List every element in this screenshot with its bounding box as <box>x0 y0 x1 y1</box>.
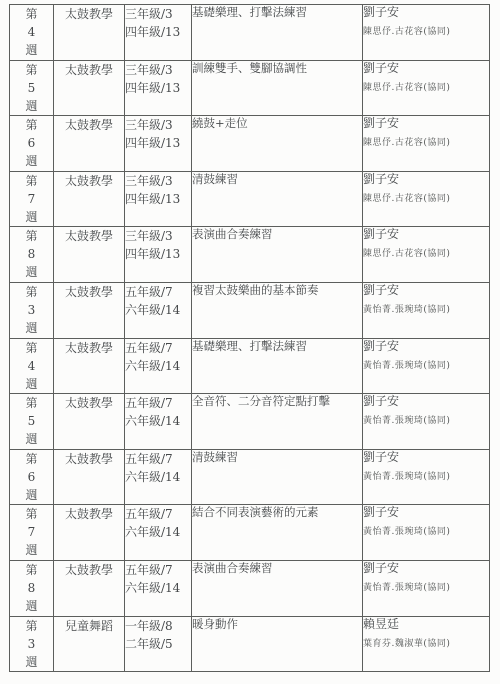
co-teachers: 陳思伃.古花容(協同) <box>363 82 489 94</box>
table-row: 第 7 週 太鼓教學 五年級/7 六年級/14 結合不同表演藝術的元素 劉子安 … <box>10 505 490 561</box>
week-number: 5 <box>10 412 53 430</box>
week-cell: 第 5 週 <box>10 394 54 450</box>
week-suffix: 週 <box>10 486 53 504</box>
week-suffix: 週 <box>10 375 53 393</box>
week-cell: 第 4 週 <box>10 338 54 394</box>
grade-line-2: 六年級/14 <box>125 301 191 319</box>
week-suffix: 週 <box>10 208 53 226</box>
activity-cell: 繞鼓+走位 <box>192 116 363 172</box>
week-number: 6 <box>10 134 53 152</box>
week-number: 7 <box>10 190 53 208</box>
week-suffix: 週 <box>10 653 53 671</box>
grades-cell: 三年級/3 四年級/13 <box>125 171 192 227</box>
week-prefix: 第 <box>10 227 53 245</box>
teachers-cell: 劉子安 黃怡菁.張琬琦(協同) <box>363 449 490 505</box>
week-suffix: 週 <box>10 152 53 170</box>
week-prefix: 第 <box>10 61 53 79</box>
co-teachers: 葉育芬.魏淑華(協同) <box>363 638 489 650</box>
teachers-cell: 劉子安 黃怡菁.張琬琦(協同) <box>363 560 490 616</box>
co-teachers: 陳思伃.古花容(協同) <box>363 248 489 260</box>
grade-line-1: 三年級/3 <box>125 116 191 134</box>
week-cell: 第 6 週 <box>10 449 54 505</box>
teachers-cell: 劉子安 黃怡菁.張琬琦(協同) <box>363 338 490 394</box>
subject-cell: 太鼓教學 <box>54 338 125 394</box>
grade-line-1: 五年級/7 <box>125 450 191 468</box>
table-row: 第 8 週 太鼓教學 三年級/3 四年級/13 表演曲合奏練習 劉子安 陳思伃.… <box>10 227 490 283</box>
week-prefix: 第 <box>10 172 53 190</box>
table-row: 第 3 週 太鼓教學 五年級/7 六年級/14 複習太鼓樂曲的基本節奏 劉子安 … <box>10 282 490 338</box>
grade-line-2: 六年級/14 <box>125 357 191 375</box>
activity-cell: 全音符、二分音符定點打擊 <box>192 394 363 450</box>
teachers-cell: 賴昱廷 葉育芬.魏淑華(協同) <box>363 616 490 672</box>
grades-cell: 五年級/7 六年級/14 <box>125 505 192 561</box>
grade-line-2: 四年級/13 <box>125 23 191 41</box>
teachers-cell: 劉子安 陳思伃.古花容(協同) <box>363 171 490 227</box>
teacher-name: 劉子安 <box>363 172 489 186</box>
week-suffix: 週 <box>10 430 53 448</box>
co-teachers: 陳思伃.古花容(協同) <box>363 137 489 149</box>
week-suffix: 週 <box>10 97 53 115</box>
week-prefix: 第 <box>10 339 53 357</box>
subject-cell: 太鼓教學 <box>54 5 125 61</box>
grade-line-1: 五年級/7 <box>125 561 191 579</box>
teacher-name: 劉子安 <box>363 283 489 297</box>
teacher-name: 劉子安 <box>363 5 489 19</box>
co-teachers: 黃怡菁.張琬琦(協同) <box>363 582 489 594</box>
week-number: 8 <box>10 579 53 597</box>
teacher-name: 賴昱廷 <box>363 617 489 631</box>
table-row: 第 5 週 太鼓教學 三年級/3 四年級/13 訓練雙手、雙腳協調性 劉子安 陳… <box>10 60 490 116</box>
table-row: 第 4 週 太鼓教學 五年級/7 六年級/14 基礎樂理、打擊法練習 劉子安 黃… <box>10 338 490 394</box>
teachers-cell: 劉子安 陳思伃.古花容(協同) <box>363 60 490 116</box>
week-cell: 第 3 週 <box>10 616 54 672</box>
teacher-name: 劉子安 <box>363 339 489 353</box>
teacher-name: 劉子安 <box>363 561 489 575</box>
table-row: 第 3 週 兒童舞蹈 一年級/8 二年級/5 暖身動作 賴昱廷 葉育芬.魏淑華(… <box>10 616 490 672</box>
week-cell: 第 3 週 <box>10 282 54 338</box>
teachers-cell: 劉子安 黃怡菁.張琬琦(協同) <box>363 394 490 450</box>
grades-cell: 五年級/7 六年級/14 <box>125 560 192 616</box>
week-number: 5 <box>10 79 53 97</box>
week-suffix: 週 <box>10 597 53 615</box>
week-prefix: 第 <box>10 561 53 579</box>
grade-line-1: 三年級/3 <box>125 172 191 190</box>
teachers-cell: 劉子安 黃怡菁.張琬琦(協同) <box>363 505 490 561</box>
co-teachers: 陳思伃.古花容(協同) <box>363 26 489 38</box>
week-number: 3 <box>10 635 53 653</box>
week-suffix: 週 <box>10 263 53 281</box>
grade-line-1: 三年級/3 <box>125 61 191 79</box>
activity-cell: 基礎樂理、打擊法練習 <box>192 338 363 394</box>
table-row: 第 7 週 太鼓教學 三年級/3 四年級/13 清鼓練習 劉子安 陳思伃.古花容… <box>10 171 490 227</box>
table-row: 第 4 週 太鼓教學 三年級/3 四年級/13 基礎樂理、打擊法練習 劉子安 陳… <box>10 5 490 61</box>
subject-cell: 太鼓教學 <box>54 116 125 172</box>
week-suffix: 週 <box>10 319 53 337</box>
week-cell: 第 5 週 <box>10 60 54 116</box>
week-suffix: 週 <box>10 41 53 59</box>
activity-cell: 訓練雙手、雙腳協調性 <box>192 60 363 116</box>
week-number: 4 <box>10 23 53 41</box>
week-prefix: 第 <box>10 283 53 301</box>
teachers-cell: 劉子安 陳思伃.古花容(協同) <box>363 227 490 283</box>
week-prefix: 第 <box>10 505 53 523</box>
scanned-schedule-page: 第 4 週 太鼓教學 三年級/3 四年級/13 基礎樂理、打擊法練習 劉子安 陳… <box>0 0 500 684</box>
schedule-table-body: 第 4 週 太鼓教學 三年級/3 四年級/13 基礎樂理、打擊法練習 劉子安 陳… <box>10 5 490 672</box>
week-suffix: 週 <box>10 541 53 559</box>
grades-cell: 五年級/7 六年級/14 <box>125 282 192 338</box>
teachers-cell: 劉子安 黃怡菁.張琬琦(協同) <box>363 282 490 338</box>
table-row: 第 6 週 太鼓教學 五年級/7 六年級/14 清鼓練習 劉子安 黃怡菁.張琬琦… <box>10 449 490 505</box>
subject-cell: 太鼓教學 <box>54 449 125 505</box>
table-row: 第 8 週 太鼓教學 五年級/7 六年級/14 表演曲合奏練習 劉子安 黃怡菁.… <box>10 560 490 616</box>
week-prefix: 第 <box>10 116 53 134</box>
co-teachers: 黃怡菁.張琬琦(協同) <box>363 304 489 316</box>
subject-cell: 兒童舞蹈 <box>54 616 125 672</box>
teacher-name: 劉子安 <box>363 450 489 464</box>
grade-line-2: 四年級/13 <box>125 79 191 97</box>
subject-cell: 太鼓教學 <box>54 60 125 116</box>
subject-cell: 太鼓教學 <box>54 505 125 561</box>
week-number: 7 <box>10 523 53 541</box>
grades-cell: 三年級/3 四年級/13 <box>125 60 192 116</box>
activity-cell: 基礎樂理、打擊法練習 <box>192 5 363 61</box>
co-teachers: 黃怡菁.張琬琦(協同) <box>363 471 489 483</box>
grade-line-2: 六年級/14 <box>125 579 191 597</box>
teacher-name: 劉子安 <box>363 116 489 130</box>
grades-cell: 三年級/3 四年級/13 <box>125 116 192 172</box>
teacher-name: 劉子安 <box>363 394 489 408</box>
week-cell: 第 7 週 <box>10 505 54 561</box>
grade-line-1: 五年級/7 <box>125 339 191 357</box>
week-cell: 第 7 週 <box>10 171 54 227</box>
activity-cell: 複習太鼓樂曲的基本節奏 <box>192 282 363 338</box>
grades-cell: 五年級/7 六年級/14 <box>125 338 192 394</box>
week-number: 4 <box>10 357 53 375</box>
activity-cell: 結合不同表演藝術的元素 <box>192 505 363 561</box>
grade-line-2: 四年級/13 <box>125 245 191 263</box>
teacher-name: 劉子安 <box>363 61 489 75</box>
grades-cell: 五年級/7 六年級/14 <box>125 394 192 450</box>
subject-cell: 太鼓教學 <box>54 227 125 283</box>
teacher-name: 劉子安 <box>363 505 489 519</box>
course-schedule-table: 第 4 週 太鼓教學 三年級/3 四年級/13 基礎樂理、打擊法練習 劉子安 陳… <box>9 4 490 672</box>
grade-line-1: 三年級/3 <box>125 227 191 245</box>
grades-cell: 一年級/8 二年級/5 <box>125 616 192 672</box>
grade-line-2: 二年級/5 <box>125 635 191 653</box>
grade-line-2: 六年級/14 <box>125 412 191 430</box>
table-row: 第 6 週 太鼓教學 三年級/3 四年級/13 繞鼓+走位 劉子安 陳思伃.古花… <box>10 116 490 172</box>
week-cell: 第 4 週 <box>10 5 54 61</box>
co-teachers: 黃怡菁.張琬琦(協同) <box>363 360 489 372</box>
grade-line-1: 一年級/8 <box>125 617 191 635</box>
week-number: 3 <box>10 301 53 319</box>
table-row: 第 5 週 太鼓教學 五年級/7 六年級/14 全音符、二分音符定點打擊 劉子安… <box>10 394 490 450</box>
teacher-name: 劉子安 <box>363 227 489 241</box>
week-cell: 第 8 週 <box>10 227 54 283</box>
grade-line-1: 五年級/7 <box>125 394 191 412</box>
grade-line-1: 三年級/3 <box>125 5 191 23</box>
co-teachers: 黃怡菁.張琬琦(協同) <box>363 415 489 427</box>
week-cell: 第 6 週 <box>10 116 54 172</box>
activity-cell: 暖身動作 <box>192 616 363 672</box>
grade-line-2: 六年級/14 <box>125 468 191 486</box>
grade-line-2: 六年級/14 <box>125 523 191 541</box>
co-teachers: 黃怡菁.張琬琦(協同) <box>363 526 489 538</box>
subject-cell: 太鼓教學 <box>54 282 125 338</box>
grade-line-2: 四年級/13 <box>125 190 191 208</box>
grade-line-2: 四年級/13 <box>125 134 191 152</box>
week-cell: 第 8 週 <box>10 560 54 616</box>
activity-cell: 表演曲合奏練習 <box>192 227 363 283</box>
co-teachers: 陳思伃.古花容(協同) <box>363 193 489 205</box>
subject-cell: 太鼓教學 <box>54 171 125 227</box>
week-number: 6 <box>10 468 53 486</box>
grades-cell: 三年級/3 四年級/13 <box>125 5 192 61</box>
activity-cell: 清鼓練習 <box>192 171 363 227</box>
week-prefix: 第 <box>10 394 53 412</box>
teachers-cell: 劉子安 陳思伃.古花容(協同) <box>363 5 490 61</box>
week-number: 8 <box>10 245 53 263</box>
activity-cell: 清鼓練習 <box>192 449 363 505</box>
week-prefix: 第 <box>10 450 53 468</box>
grades-cell: 五年級/7 六年級/14 <box>125 449 192 505</box>
week-prefix: 第 <box>10 617 53 635</box>
grades-cell: 三年級/3 四年級/13 <box>125 227 192 283</box>
grade-line-1: 五年級/7 <box>125 283 191 301</box>
activity-cell: 表演曲合奏練習 <box>192 560 363 616</box>
week-prefix: 第 <box>10 5 53 23</box>
grade-line-1: 五年級/7 <box>125 505 191 523</box>
teachers-cell: 劉子安 陳思伃.古花容(協同) <box>363 116 490 172</box>
subject-cell: 太鼓教學 <box>54 394 125 450</box>
subject-cell: 太鼓教學 <box>54 560 125 616</box>
